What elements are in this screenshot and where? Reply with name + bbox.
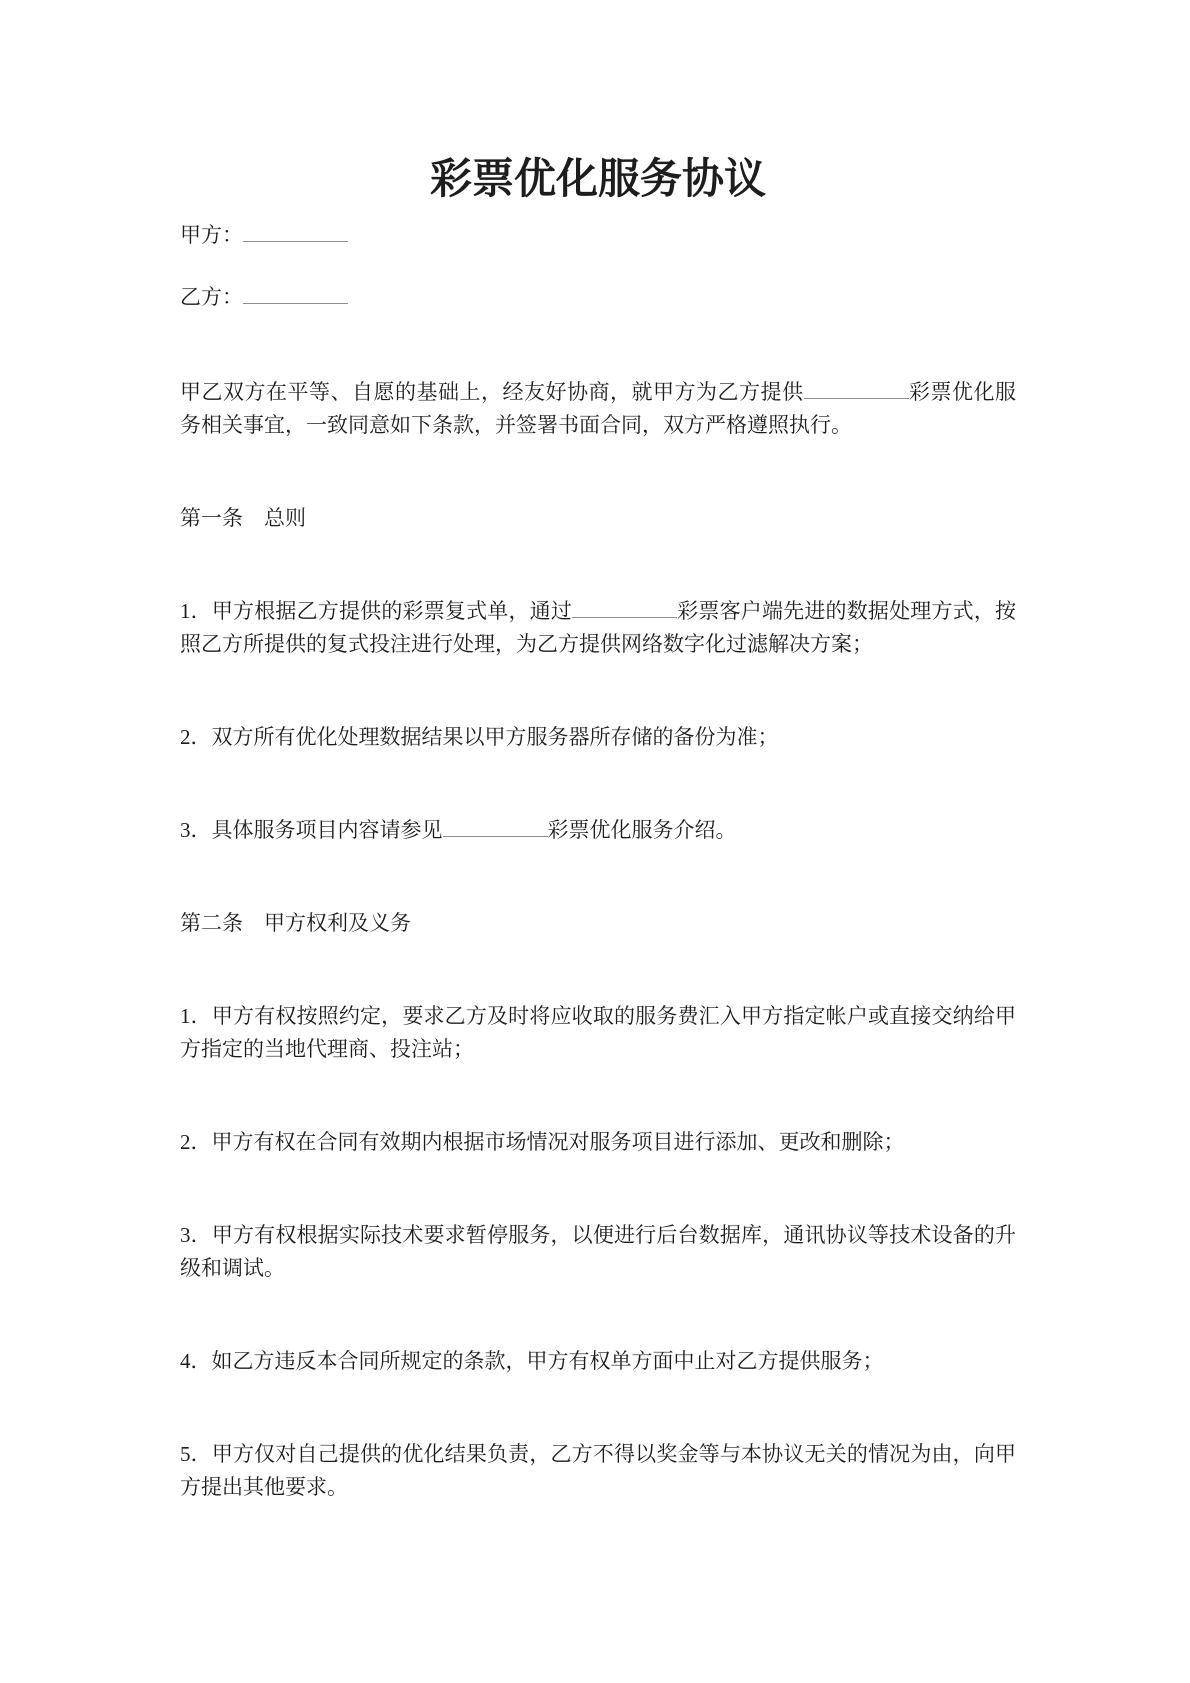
fill-in-blank <box>243 241 348 242</box>
document-title: 彩票优化服务协议 <box>180 150 1016 210</box>
text-run: 2．双方所有优化处理数据结果以甲方服务器所存储的备份为准； <box>180 725 779 749</box>
intro-paragraph: 甲乙双方在平等、自愿的基础上，经友好协商，就甲方为乙方提供彩票优化服务相关事宜，… <box>180 376 1016 442</box>
fill-in-blank <box>804 398 909 399</box>
party-a-line: 甲方： <box>180 219 1016 252</box>
article-2-item-4: 4．如乙方违反本合同所规定的条款，甲方有权单方面中止对乙方提供服务； <box>180 1345 1016 1378</box>
article-2-item-3: 3．甲方有权根据实际技术要求暂停服务，以便进行后台数据库，通讯协议等技术设备的升… <box>180 1219 1016 1285</box>
article-2-item-5: 5．甲方仅对自己提供的优化结果负责，乙方不得以奖金等与本协议无关的情况为由，向甲… <box>180 1438 1016 1504</box>
text-run: 第一条 总则 <box>180 506 306 530</box>
fill-in-blank <box>443 836 548 837</box>
text-run: 彩票优化服务介绍。 <box>548 818 737 842</box>
article-2-item-1: 1．甲方有权按照约定，要求乙方及时将应收取的服务费汇入甲方指定帐户或直接交纳给甲… <box>180 1000 1016 1066</box>
fill-in-blank <box>243 303 348 304</box>
text-run: 1．甲方有权按照约定，要求乙方及时将应收取的服务费汇入甲方指定帐户或直接交纳给甲… <box>180 1004 1016 1061</box>
article-2-item-2: 2．甲方有权在合同有效期内根据市场情况对服务项目进行添加、更改和删除； <box>180 1126 1016 1159</box>
article-1-heading: 第一条 总则 <box>180 502 1016 535</box>
fill-in-blank <box>572 617 677 618</box>
text-run: 3．具体服务项目内容请参见 <box>180 818 443 842</box>
text-run: 3．甲方有权根据实际技术要求暂停服务，以便进行后台数据库，通讯协议等技术设备的升… <box>180 1223 1016 1280</box>
text-run: 1．甲方根据乙方提供的彩票复式单，通过 <box>180 599 572 623</box>
text-run: 乙方： <box>180 285 243 309</box>
contract-page: 彩票优化服务协议 甲方：乙方：甲乙双方在平等、自愿的基础上，经友好协商，就甲方为… <box>0 0 1190 1683</box>
text-run: 第二条 甲方权利及义务 <box>180 911 411 935</box>
text-run: 4．如乙方违反本合同所规定的条款，甲方有权单方面中止对乙方提供服务； <box>180 1349 884 1373</box>
text-run: 甲方： <box>180 223 243 247</box>
article-1-item-3: 3．具体服务项目内容请参见彩票优化服务介绍。 <box>180 814 1016 847</box>
text-run: 甲乙双方在平等、自愿的基础上，经友好协商，就甲方为乙方提供 <box>180 380 804 404</box>
document-body: 甲方：乙方：甲乙双方在平等、自愿的基础上，经友好协商，就甲方为乙方提供彩票优化服… <box>180 219 1016 1504</box>
text-run: 2．甲方有权在合同有效期内根据市场情况对服务项目进行添加、更改和删除； <box>180 1130 905 1154</box>
party-b-line: 乙方： <box>180 281 1016 314</box>
article-1-item-2: 2．双方所有优化处理数据结果以甲方服务器所存储的备份为准； <box>180 721 1016 754</box>
text-run: 5．甲方仅对自己提供的优化结果负责，乙方不得以奖金等与本协议无关的情况为由，向甲… <box>180 1442 1016 1499</box>
article-2-heading: 第二条 甲方权利及义务 <box>180 907 1016 940</box>
article-1-item-1: 1．甲方根据乙方提供的彩票复式单，通过彩票客户端先进的数据处理方式，按照乙方所提… <box>180 595 1016 661</box>
